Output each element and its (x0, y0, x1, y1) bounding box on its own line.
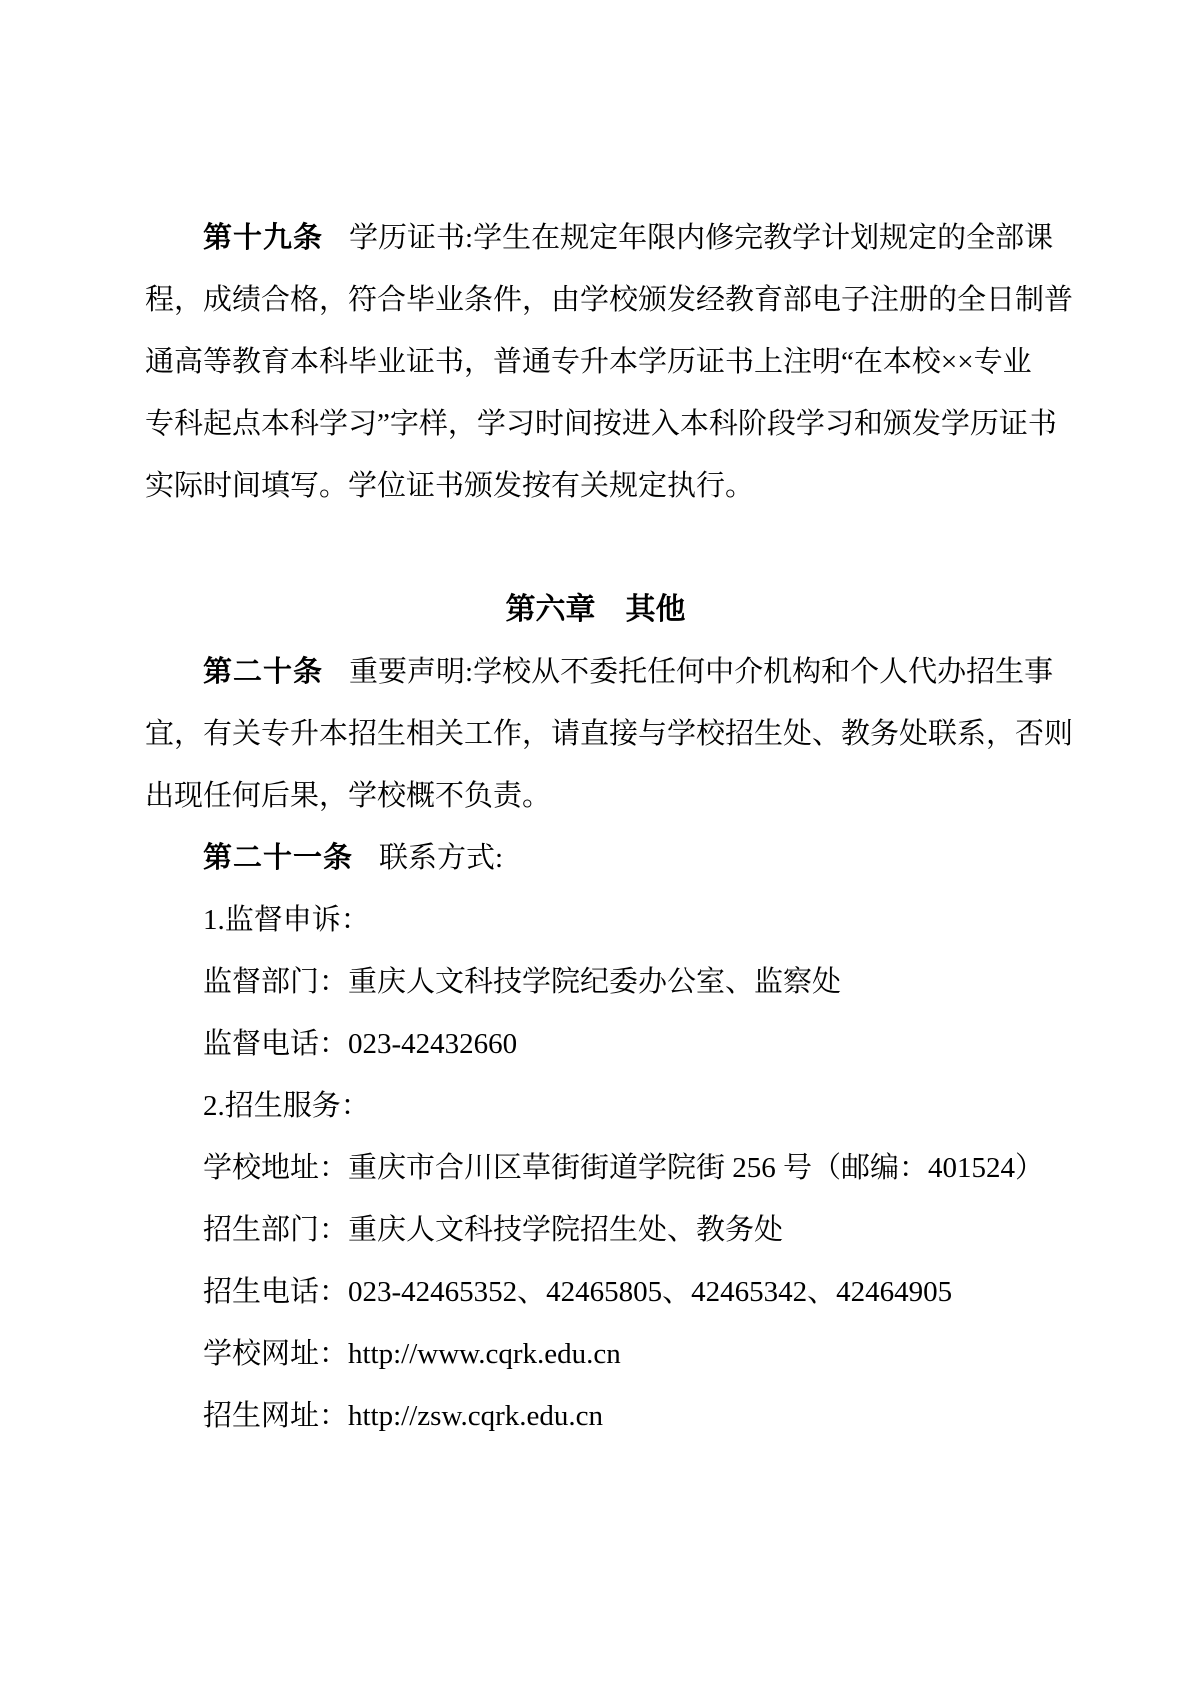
contact-line-school-address: 学校地址：重庆市合川区草街街道学院街 256 号（邮编：401524） (145, 1137, 1046, 1199)
article-21-term: 第二十一条 (203, 842, 353, 874)
article-21-contact-block: 1.监督申诉： 监督部门：重庆人文科技学院纪委办公室、监察处 监督电话：023-… (145, 889, 1046, 1447)
article-19-line-2: 程，成绩合格，符合毕业条件，由学校颁发经教育部电子注册的全日制普 (145, 269, 1046, 331)
contact-line-admission-phone: 招生电话：023-42465352、42465805、42465342、4246… (145, 1261, 1046, 1323)
article-19-line-4: 专科起点本科学习”字样，学习时间按进入本科阶段学习和颁发学历证书 (145, 393, 1046, 455)
document-page: 第十九条学历证书:学生在规定年限内修完教学计划规定的全部课 程，成绩合格，符合毕… (0, 0, 1191, 1684)
article-19-line-5: 实际时间填写。学位证书颁发按有关规定执行。 (145, 455, 1046, 517)
article-19-term: 第十九条 (203, 222, 323, 254)
article-21-heading-text: 联系方式: (379, 842, 503, 874)
article-20-line-2: 宜，有关专升本招生相关工作，请直接与学校招生处、教务处联系，否则 (145, 703, 1046, 765)
article-19-line-1-text: 学历证书:学生在规定年限内修完教学计划规定的全部课 (349, 222, 1053, 254)
contact-line-admission-department: 招生部门：重庆人文科技学院招生处、教务处 (145, 1199, 1046, 1261)
contact-line-admission-website: 招生网址：http://zsw.cqrk.edu.cn (145, 1385, 1046, 1447)
article-20-line-1: 第二十条重要声明:学校从不委托任何中介机构和个人代办招生事 (145, 641, 1046, 703)
article-19-paragraph: 第十九条学历证书:学生在规定年限内修完教学计划规定的全部课 程，成绩合格，符合毕… (145, 207, 1046, 517)
contact-line-supervision-phone: 监督电话：023-42432660 (145, 1013, 1046, 1075)
article-20-term: 第二十条 (203, 656, 323, 688)
article-20-paragraph: 第二十条重要声明:学校从不委托任何中介机构和个人代办招生事 宜，有关专升本招生相… (145, 641, 1046, 827)
article-20-line-1-text: 重要声明:学校从不委托任何中介机构和个人代办招生事 (349, 656, 1053, 688)
contact-line-school-website: 学校网址：http://www.cqrk.edu.cn (145, 1323, 1046, 1385)
chapter-6-heading: 第六章 其他 (145, 579, 1046, 641)
article-21-heading-line: 第二十一条联系方式: (145, 827, 1046, 889)
article-20-line-3: 出现任何后果，学校概不负责。 (145, 765, 1046, 827)
contact-line-admission-service-header: 2.招生服务： (145, 1075, 1046, 1137)
article-19-line-3: 通高等教育本科毕业证书，普通专升本学历证书上注明“在本校××专业 (145, 331, 1046, 393)
blank-line (145, 517, 1046, 579)
contact-line-supervision-department: 监督部门：重庆人文科技学院纪委办公室、监察处 (145, 951, 1046, 1013)
contact-line-supervision-header: 1.监督申诉： (145, 889, 1046, 951)
article-19-line-1: 第十九条学历证书:学生在规定年限内修完教学计划规定的全部课 (145, 207, 1046, 269)
